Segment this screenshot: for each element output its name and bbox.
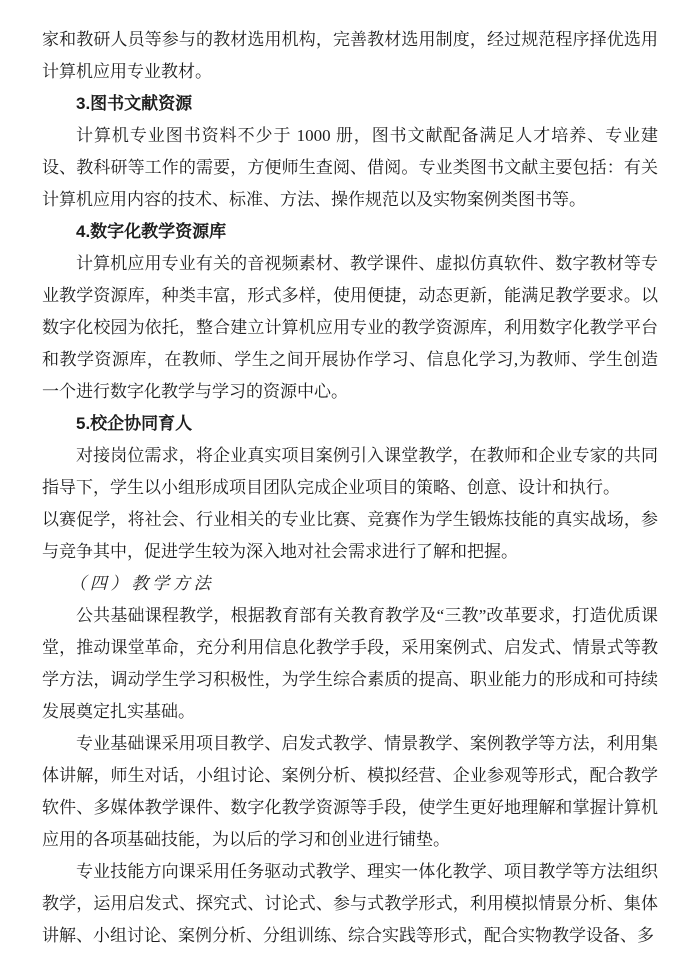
document-page: 家和教研人员等参与的教材选用机构，完善教材选用制度，经过规范程序择优选用计算机应… bbox=[0, 0, 700, 971]
paragraph: 以赛促学，将社会、行业相关的专业比赛、竞赛作为学生锻炼技能的真实战场，参与竞争其… bbox=[42, 504, 658, 568]
section-heading: 4.数字化教学资源库 bbox=[42, 216, 658, 248]
paragraph: 对接岗位需求，将企业真实项目案例引入课堂教学，在教师和企业专家的共同指导下，学生… bbox=[42, 440, 658, 504]
paragraph: 计算机应用专业有关的音视频素材、教学课件、虚拟仿真软件、数字教材等专业教学资源库… bbox=[42, 248, 658, 408]
document-body: 家和教研人员等参与的教材选用机构，完善教材选用制度，经过规范程序择优选用计算机应… bbox=[0, 0, 700, 952]
paragraph: 公共基础课程教学，根据教育部有关教育教学及“三教”改革要求，打造优质课堂，推动课… bbox=[42, 600, 658, 728]
section-heading: （四）教学方法 bbox=[42, 568, 658, 600]
paragraph: 计算机专业图书资料不少于 1000 册，图书文献配备满足人才培养、专业建设、教科… bbox=[42, 120, 658, 216]
paragraph: 专业技能方向课采用任务驱动式教学、理实一体化教学、项目教学等方法组织教学，运用启… bbox=[42, 856, 658, 952]
section-heading: 3.图书文献资源 bbox=[42, 88, 658, 120]
section-heading: 5.校企协同育人 bbox=[42, 408, 658, 440]
paragraph: 专业基础课采用项目教学、启发式教学、情景教学、案例教学等方法，利用集体讲解，师生… bbox=[42, 728, 658, 856]
paragraph: 家和教研人员等参与的教材选用机构，完善教材选用制度，经过规范程序择优选用计算机应… bbox=[42, 24, 658, 88]
